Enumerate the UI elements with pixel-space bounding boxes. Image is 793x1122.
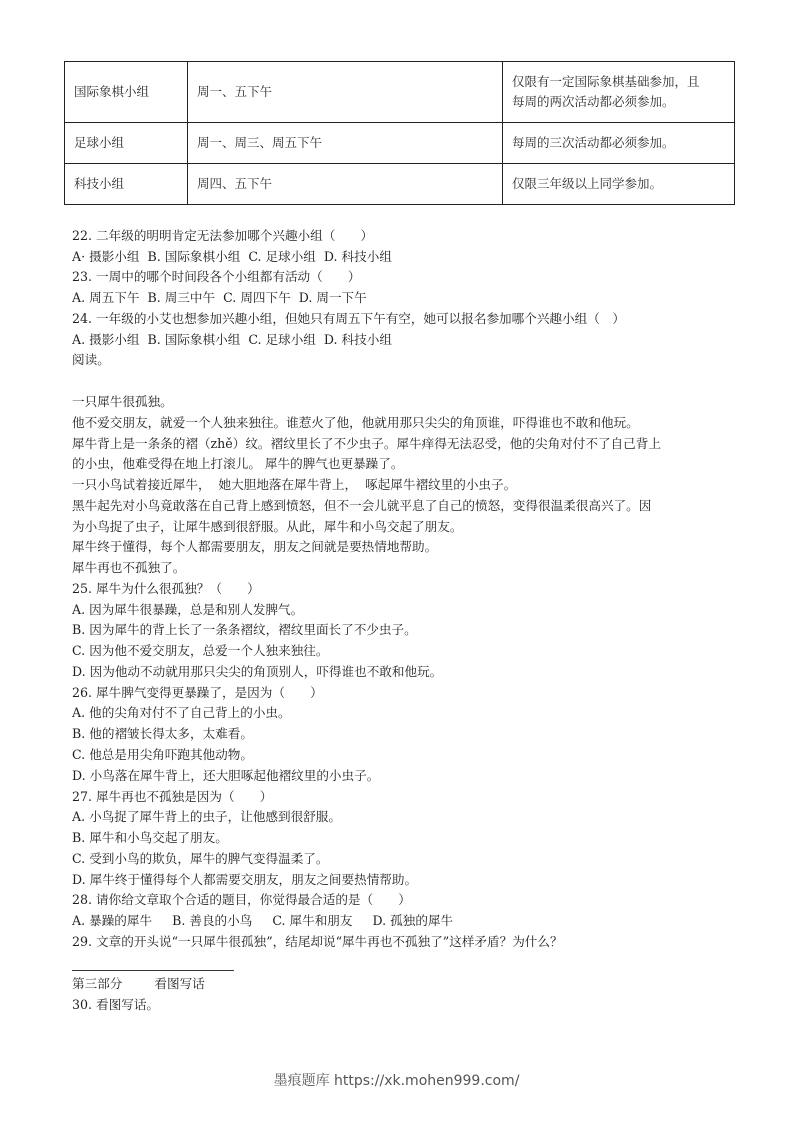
requirement-cell: 每周的三次活动都必须参加。	[503, 123, 735, 164]
time-cell: 周一、周三、周五下午	[188, 123, 503, 164]
requirement-line: 仅限三年级以上同学参加。	[512, 174, 734, 194]
reading-label: 阅读。	[72, 352, 110, 368]
question-24-options: A. 摄影小组 B. 国际象棋小组 C. 足球小组 D. 科技小组	[72, 332, 392, 348]
table-row: 国际象棋小组 周一、五下午 仅限有一定国际象棋基础参加，且 每周的两次活动都必须…	[65, 62, 735, 123]
question-23-stem: 23. 一周中的哪个时间段各个小组都有活动（ ）	[72, 269, 361, 285]
question-26-option-d: D. 小鸟落在犀牛背上，还大胆啄起他褶纹里的小虫子。	[72, 768, 379, 784]
requirement-cell: 仅限三年级以上同学参加。	[503, 164, 735, 205]
question-29-stem: 29. 文章的开头说“一只犀牛很孤独”，结尾却说“犀牛再也不孤独了”这样矛盾？为…	[72, 934, 563, 950]
question-25-option-a: A. 因为犀牛很暴躁，总是和别人发脾气。	[72, 602, 303, 618]
interest-group-table: 国际象棋小组 周一、五下午 仅限有一定国际象棋基础参加，且 每周的两次活动都必须…	[64, 61, 735, 205]
exam-page: 国际象棋小组 周一、五下午 仅限有一定国际象棋基础参加，且 每周的两次活动都必须…	[0, 0, 793, 1122]
group-name-cell: 科技小组	[65, 164, 188, 205]
passage-line: 他不爱交朋友，就爱一个人独来独往。谁惹火了他，他就用那只尖尖的角顶谁，吓得谁也不…	[72, 415, 639, 431]
requirement-line: 每周的三次活动都必须参加。	[512, 133, 734, 153]
question-27-option-a: A. 小鸟捉了犀牛背上的虫子，让他感到很舒服。	[72, 809, 341, 825]
passage-line: 一只小鸟试着接近犀牛， 她大胆地落在犀牛背上， 啄起犀牛褶纹里的小虫子。	[72, 477, 516, 493]
time-cell: 周四、五下午	[188, 164, 503, 205]
passage-line: 为小鸟捉了虫子，让犀牛感到很舒服。从此，犀牛和小鸟交起了朋友。	[72, 519, 462, 535]
requirement-line: 每周的两次活动都必须参加。	[512, 92, 734, 112]
footer-watermark: 墨痕题库 https://xk.mohen999.com/	[0, 1070, 793, 1090]
passage-line: 犀牛再也不孤独了。	[72, 560, 185, 576]
question-28-options: A. 暴躁的犀牛 B. 善良的小鸟 C. 犀牛和朋友 D. 孤独的犀牛	[72, 913, 453, 929]
part3-heading: 第三部分 看图写话	[72, 976, 205, 992]
question-27-stem: 27. 犀牛再也不孤独是因为（ ）	[72, 789, 272, 805]
passage-line: 黑牛起先对小鸟竟敢落在自己背上感到愤怒，但不一会儿就平息了自己的愤怒，变得很温柔…	[72, 498, 651, 514]
passage-line: 犀牛终于懂得，每个人都需要朋友，朋友之间就是要热情地帮助。	[72, 539, 437, 555]
time-cell: 周一、五下午	[188, 62, 503, 123]
question-26-option-b: B. 他的褶皱长得太多，太难看。	[72, 726, 253, 742]
question-27-option-c: C. 受到小鸟的欺负，犀牛的脾气变得温柔了。	[72, 851, 328, 867]
question-25-stem: 25. 犀牛为什么很孤独？（ ）	[72, 581, 260, 597]
question-24-stem: 24. 一年级的小艾也想参加兴趣小组，但她只有周五下午有空，她可以报名参加哪个兴…	[72, 311, 625, 327]
group-name-cell: 国际象棋小组	[65, 62, 188, 123]
question-27-option-d: D. 犀牛终于懂得每个人都需要交朋友，朋友之间要热情帮助。	[72, 872, 417, 888]
passage-line: 的小虫，他难受得在地上打滚儿。 犀牛的脾气也更暴躁了。	[72, 456, 403, 472]
group-name-cell: 足球小组	[65, 123, 188, 164]
question-30-stem: 30. 看图写话。	[72, 997, 159, 1013]
question-23-options: A. 周五下午 B. 周三中午 C. 周四下午 D. 周一下午	[72, 290, 367, 306]
question-25-option-d: D. 因为他动不动就用那只尖尖的角顶别人，吓得谁也不敢和他玩。	[72, 664, 442, 680]
question-26-option-a: A. 他的尖角对付不了自己背上的小虫。	[72, 705, 291, 721]
question-26-stem: 26. 犀牛脾气变得更暴躁了，是因为（ ）	[72, 685, 323, 701]
table-row: 足球小组 周一、周三、周五下午 每周的三次活动都必须参加。	[65, 123, 735, 164]
requirement-line: 仅限有一定国际象棋基础参加，且	[512, 72, 734, 92]
question-26-option-c: C. 他总是用尖角吓跑其他动物。	[72, 747, 253, 763]
passage-title: 一只犀牛很孤独。	[72, 394, 173, 410]
answer-line	[72, 970, 234, 971]
question-25-option-c: C. 因为他不爱交朋友，总爱一个人独来独往。	[72, 643, 328, 659]
requirement-cell: 仅限有一定国际象棋基础参加，且 每周的两次活动都必须参加。	[503, 62, 735, 123]
question-22-options: A· 摄影小组 B. 国际象棋小组 C. 足球小组 D. 科技小组	[72, 249, 392, 265]
table-row: 科技小组 周四、五下午 仅限三年级以上同学参加。	[65, 164, 735, 205]
question-28-stem: 28. 请你给文章取个合适的题目，你觉得最合适的是（ ）	[72, 892, 411, 908]
question-25-option-b: B. 因为犀牛的背上长了一条条褶纹，褶纹里面长了不少虫子。	[72, 622, 417, 638]
question-27-option-b: B. 犀牛和小鸟交起了朋友。	[72, 830, 228, 846]
question-22-stem: 22. 二年级的明明肯定无法参加哪个兴趣小组（ ）	[72, 228, 373, 244]
passage-line: 犀牛背上是一条条的褶（zhě）纹。褶纹里长了不少虫子。犀牛痒得无法忍受，他的尖角…	[72, 436, 661, 452]
